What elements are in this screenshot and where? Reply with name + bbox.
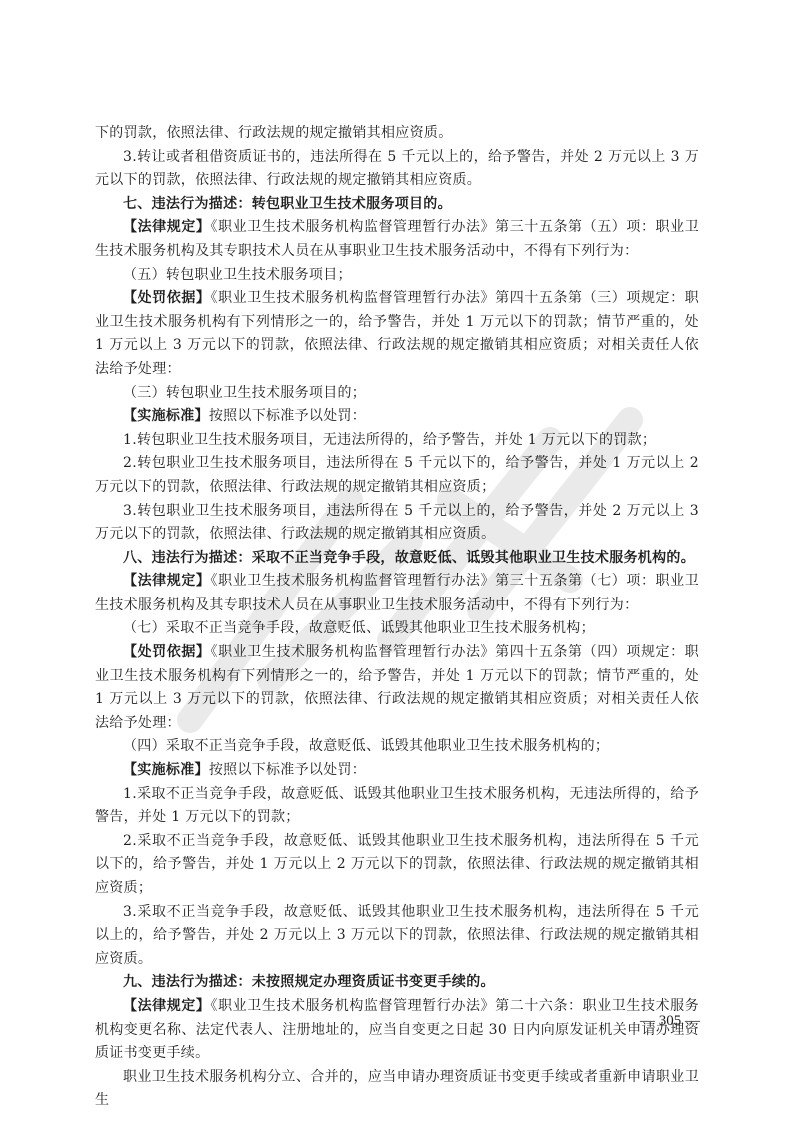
tag-label: 【法律规定】 [123,219,211,235]
paragraph: 1.转包职业卫生技术服务项目，无违法所得的，给予警告，并处 1 万元以下的罚款； [95,429,699,453]
paragraph-text: 按照以下标准予以处罚： [209,762,366,778]
section-heading: 八、违法行为描述：采取不正当竞争手段，故意贬低、诋毁其他职业卫生技术服务机构的。 [95,547,699,571]
paragraph: 【法律规定】《职业卫生技术服务机构监督管理暂行办法》第二十六条：职业卫生技术服务… [95,995,699,1066]
paragraph: 职业卫生技术服务机构分立、合并的，应当申请办理资质证书变更手续或者重新申请职业卫… [95,1066,699,1113]
tag-label: 【实施标准】 [123,408,209,424]
paragraph: 【处罚依据】《职业卫生技术服务机构监督管理暂行办法》第四十五条第（三）项规定：职… [95,287,699,381]
paragraph: （七）采取不正当竞争手段，故意贬低、诋毁其他职业卫生技术服务机构； [95,617,699,641]
paragraph: 3.采取不正当竞争手段，故意贬低、诋毁其他职业卫生技术服务机构，违法所得在 5 … [95,901,699,972]
tag-label: 【处罚依据】 [123,290,211,306]
tag-label: 【实施标准】 [123,762,209,778]
paragraph: 【实施标准】按照以下标准予以处罚： [95,759,699,783]
document-body: 下的罚款，依照法律、行政法规的规定撤销其相应资质。 3.转让或者租借资质证书的，… [95,122,699,1113]
paragraph: 3.转让或者租借资质证书的，违法所得在 5 千元以上的，给予警告，并处 2 万元… [95,146,699,193]
paragraph: （四）采取不正当竞争手段，故意贬低、诋毁其他职业卫生技术服务机构的； [95,735,699,759]
paragraph: 【法律规定】《职业卫生技术服务机构监督管理暂行办法》第三十五条第（五）项：职业卫… [95,216,699,263]
paragraph: 【实施标准】按照以下标准予以处罚： [95,405,699,429]
paragraph: （五）转包职业卫生技术服务项目； [95,264,699,288]
paragraph: 下的罚款，依照法律、行政法规的规定撤销其相应资质。 [95,122,699,146]
paragraph: 2.采取不正当竞争手段，故意贬低、诋毁其他职业卫生技术服务机构，违法所得在 5 … [95,830,699,901]
paragraph: 【法律规定】《职业卫生技术服务机构监督管理暂行办法》第三十五条第（七）项：职业卫… [95,570,699,617]
paragraph-text: 按照以下标准予以处罚： [209,408,366,424]
paragraph: 1.采取不正当竞争手段，故意贬低、诋毁其他职业卫生技术服务机构，无违法所得的，给… [95,783,699,830]
tag-label: 【处罚依据】 [123,644,211,660]
tag-label: 【法律规定】 [123,998,211,1014]
tag-label: 【法律规定】 [123,573,211,589]
paragraph: 3.转包职业卫生技术服务项目，违法所得在 5 千元以上的，给予警告，并处 2 万… [95,500,699,547]
section-heading: 九、违法行为描述：未按照规定办理资质证书变更手续的。 [95,971,699,995]
paragraph: 【处罚依据】《职业卫生技术服务机构监督管理暂行办法》第四十五条第（四）项规定：职… [95,641,699,735]
paragraph: （三）转包职业卫生技术服务项目的； [95,382,699,406]
paragraph: 2.转包职业卫生技术服务项目，违法所得在 5 千元以下的，给予警告，并处 1 万… [95,452,699,499]
section-heading: 七、违法行为描述：转包职业卫生技术服务项目的。 [95,193,699,217]
page-number: — 305 — [620,1013,700,1030]
